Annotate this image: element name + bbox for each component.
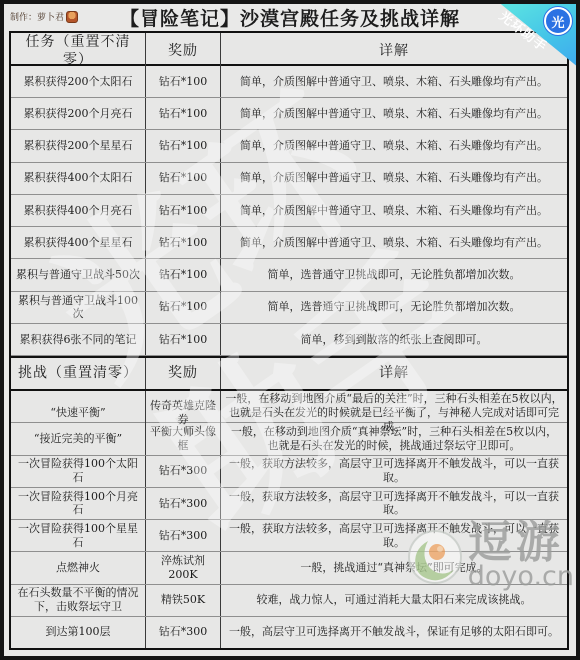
task-cell: 一次冒险获得100个星星石 [11, 520, 146, 551]
task-cell: 一次冒险获得100个月亮石 [11, 488, 146, 519]
title-bar: 制作：萝卜君 【冒险笔记】沙漠宫殿任务及挑战详解 [4, 4, 576, 29]
detail-line: 简单，介质图解中普通守卫、喷泉、木箱、石头雕像均有产出。 [240, 107, 548, 121]
detail-cell: 简单，介质图解中普通守卫、喷泉、木箱、石头雕像均有产出。 [221, 163, 567, 194]
detail-line: 简单，介质图解中普通守卫、喷泉、木箱、石头雕像均有产出。 [240, 139, 548, 153]
reward-cell: 钻石*100 [146, 163, 221, 194]
detail-line: 简单，介质图解中普通守卫、喷泉、木箱、石头雕像均有产出。 [240, 204, 548, 218]
detail-cell: 简单，介质图解中普通守卫、喷泉、木箱、石头雕像均有产出。 [221, 130, 567, 161]
detail-cell: 一般，获取方法较多，高层守卫可选择离开不触发战斗，可以一直获取。 [221, 456, 567, 487]
reward-cell: 平衡大师头像框 [146, 423, 221, 454]
table-row: 累积获得200个月亮石 钻石*100 简单，介质图解中普通守卫、喷泉、木箱、石头… [11, 98, 567, 130]
reward-cell: 钻石*100 [146, 227, 221, 258]
detail-cell: 简单，介质图解中普通守卫、喷泉、木箱、石头雕像均有产出。 [221, 195, 567, 226]
table-row: 一次冒险获得100个月亮石 钻石*300 一般，获取方法较多，高层守卫可选择离开… [11, 488, 567, 520]
table-row: 累积获得200个星星石 钻石*100 简单，介质图解中普通守卫、喷泉、木箱、石头… [11, 130, 567, 162]
table-row: 点燃神火 淬炼试剂200K 一般，挑战通过“真神祭坛”即可完成。 [11, 552, 567, 584]
detail-cell: 简单，选普通守卫挑战即可，无论胜负都增加次数。 [221, 259, 567, 290]
task-cell: 累积获得400个月亮石 [11, 195, 146, 226]
detail-cell: 简单，介质图解中普通守卫、喷泉、木箱、石头雕像均有产出。 [221, 227, 567, 258]
table-row: 到达第100层 钻石*300 一般，高层守卫可选择离开不触发战斗，保证有足够的太… [11, 617, 567, 648]
author-emoji-icon [66, 11, 78, 23]
table-row: 在石头数量不平衡的情况下，击败祭坛守卫 精铁50K 较难，战力惊人，可通过消耗大… [11, 585, 567, 617]
detail-line: 一般，在移动到地图介质“真神祭坛”时，三种石头相差在5枚以内， [231, 425, 557, 439]
reward-cell: 钻石*300 [146, 617, 221, 648]
reward-cell: 淬炼试剂200K [146, 552, 221, 583]
reward-cell: 钻石*300 [146, 456, 221, 487]
guide-table: 任务（重置不清零） 奖励 详解 累积获得200个太阳石 钻石*100 简单，介质… [9, 31, 569, 650]
table-row: 累积与普通守卫战斗50次 钻石*100 简单，选普通守卫挑战即可，无论胜负都增加… [11, 259, 567, 291]
reward-cell: 钻石*100 [146, 66, 221, 97]
table-row: 累积与普通守卫战斗100次 钻石*100 简单，选普通守卫挑战即可，无论胜负都增… [11, 292, 567, 324]
detail-line: 简单，介质图解中普通守卫、喷泉、木箱、石头雕像均有产出。 [240, 236, 548, 250]
column-header-detail: 详解 [221, 358, 567, 389]
detail-cell: 一般，获取方法较多，高层守卫可选择离开不触发战斗，可以一直获取。 [221, 520, 567, 551]
detail-cell: 简单，介质图解中普通守卫、喷泉、木箱、石头雕像均有产出。 [221, 98, 567, 129]
task-cell: 累积获得6张不同的笔记 [11, 324, 146, 355]
detail-cell: 简单，移到到散落的纸张上查阅即可。 [221, 324, 567, 355]
reward-cell: 钻石*100 [146, 292, 221, 323]
detail-line: 一般，获取方法较多，高层守卫可选择离开不触发战斗，可以一直获取。 [225, 490, 563, 518]
table-row: 一次冒险获得100个太阳石 钻石*300 一般，获取方法较多，高层守卫可选择离开… [11, 456, 567, 488]
detail-cell: 简单，介质图解中普通守卫、喷泉、木箱、石头雕像均有产出。 [221, 66, 567, 97]
detail-line: 简单，介质图解中普通守卫、喷泉、木箱、石头雕像均有产出。 [240, 171, 548, 185]
detail-line: 简单，选普通守卫挑战即可，无论胜负都增加次数。 [268, 268, 521, 282]
task-cell: 累积获得400个太阳石 [11, 163, 146, 194]
reward-cell: 精铁50K [146, 585, 221, 616]
detail-cell: 一般，挑战通过“真神祭坛”即可完成。 [221, 552, 567, 583]
task-cell: 到达第100层 [11, 617, 146, 648]
column-header-task: 挑战（重置清零） [11, 358, 146, 389]
detail-cell: 较难，战力惊人，可通过消耗大量太阳石来完成该挑战。 [221, 585, 567, 616]
credit-text: 制作：萝卜君 [10, 10, 64, 23]
table-row: “接近完美的平衡” 平衡大师头像框 一般，在移动到地图介质“真神祭坛”时，三种石… [11, 423, 567, 455]
column-header-task: 任务（重置不清零） [11, 33, 146, 70]
detail-line: 一般，高层守卫可选择离开不触发战斗，保证有足够的太阳石即可。 [229, 625, 559, 639]
task-cell: 累积获得400个星星石 [11, 227, 146, 258]
reward-cell: 钻石*100 [146, 259, 221, 290]
table-header-row: 挑战（重置清零） 奖励 详解 [11, 356, 567, 391]
detail-line: 一般，获取方法较多，高层守卫可选择离开不触发战斗，可以一直获取。 [225, 457, 563, 485]
column-header-detail: 详解 [221, 33, 567, 70]
task-cell: 累积与普通守卫战斗100次 [11, 292, 146, 323]
reward-cell: 钻石*300 [146, 520, 221, 551]
detail-cell: 简单，选普通守卫挑战即可，无论胜负都增加次数。 [221, 292, 567, 323]
task-cell: 累积与普通守卫战斗50次 [11, 259, 146, 290]
task-cell: “接近完美的平衡” [11, 423, 146, 454]
column-header-reward: 奖励 [146, 33, 221, 70]
task-cell: 点燃神火 [11, 552, 146, 583]
detail-line: 一般，挑战通过“真神祭坛”即可完成。 [300, 561, 487, 575]
detail-cell: 一般，获取方法较多，高层守卫可选择离开不触发战斗，可以一直获取。 [221, 488, 567, 519]
detail-line: 简单，介质图解中普通守卫、喷泉、木箱、石头雕像均有产出。 [240, 75, 548, 89]
reward-cell: 钻石*300 [146, 488, 221, 519]
reward-cell: 钻石*100 [146, 98, 221, 129]
table-row: 累积获得400个月亮石 钻石*100 简单，介质图解中普通守卫、喷泉、木箱、石头… [11, 195, 567, 227]
task-cell: 累积获得200个星星石 [11, 130, 146, 161]
table-row: 累积获得6张不同的笔记 钻石*100 简单，移到到散落的纸张上查阅即可。 [11, 324, 567, 356]
detail-line: 简单，移到到散落的纸张上查阅即可。 [301, 333, 488, 347]
detail-line: 一般，获取方法较多，高层守卫可选择离开不触发战斗，可以一直获取。 [225, 522, 563, 550]
table-row: 一次冒险获得100个星星石 钻石*300 一般，获取方法较多，高层守卫可选择离开… [11, 520, 567, 552]
reward-cell: 钻石*100 [146, 195, 221, 226]
task-cell: 累积获得200个月亮石 [11, 98, 146, 129]
credit: 制作：萝卜君 [10, 10, 78, 23]
task-cell: 一次冒险获得100个太阳石 [11, 456, 146, 487]
table-row: 累积获得400个太阳石 钻石*100 简单，介质图解中普通守卫、喷泉、木箱、石头… [11, 163, 567, 195]
table-row: “快速平衡” 传奇英雄克隆券 一般，在移动到地图介质“最后的关注”时，三种石头相… [11, 391, 567, 423]
detail-cell: 一般，高层守卫可选择离开不触发战斗，保证有足够的太阳石即可。 [221, 617, 567, 648]
detail-line: 一般，在移动到地图介质“最后的关注”时，三种石头相差在5枚以内， [225, 392, 562, 406]
reward-cell: 钻石*100 [146, 130, 221, 161]
task-cell: 在石头数量不平衡的情况下，击败祭坛守卫 [11, 585, 146, 616]
reward-cell: 钻石*100 [146, 324, 221, 355]
task-cell: 累积获得200个太阳石 [11, 66, 146, 97]
detail-line: 较难，战力惊人，可通过消耗大量太阳石来完成该挑战。 [257, 593, 532, 607]
infographic-page: 制作：萝卜君 【冒险笔记】沙漠宫殿任务及挑战详解 任务（重置不清零） 奖励 详解… [0, 0, 580, 660]
table-row: 累积获得200个太阳石 钻石*100 简单，介质图解中普通守卫、喷泉、木箱、石头… [11, 66, 567, 98]
table-header-row: 任务（重置不清零） 奖励 详解 [11, 33, 567, 66]
detail-cell: 一般，在移动到地图介质“真神祭坛”时，三种石头相差在5枚以内，也就是石头在发光的… [221, 423, 567, 454]
table-row: 累积获得400个星星石 钻石*100 简单，介质图解中普通守卫、喷泉、木箱、石头… [11, 227, 567, 259]
detail-line: 简单，选普通守卫挑战即可，无论胜负都增加次数。 [268, 300, 521, 314]
detail-line: 也就是石头在发光的时候，挑战通过祭坛守卫即可。 [268, 439, 521, 453]
column-header-reward: 奖励 [146, 358, 221, 389]
page-title: 【冒险笔记】沙漠宫殿任务及挑战详解 [120, 4, 460, 31]
